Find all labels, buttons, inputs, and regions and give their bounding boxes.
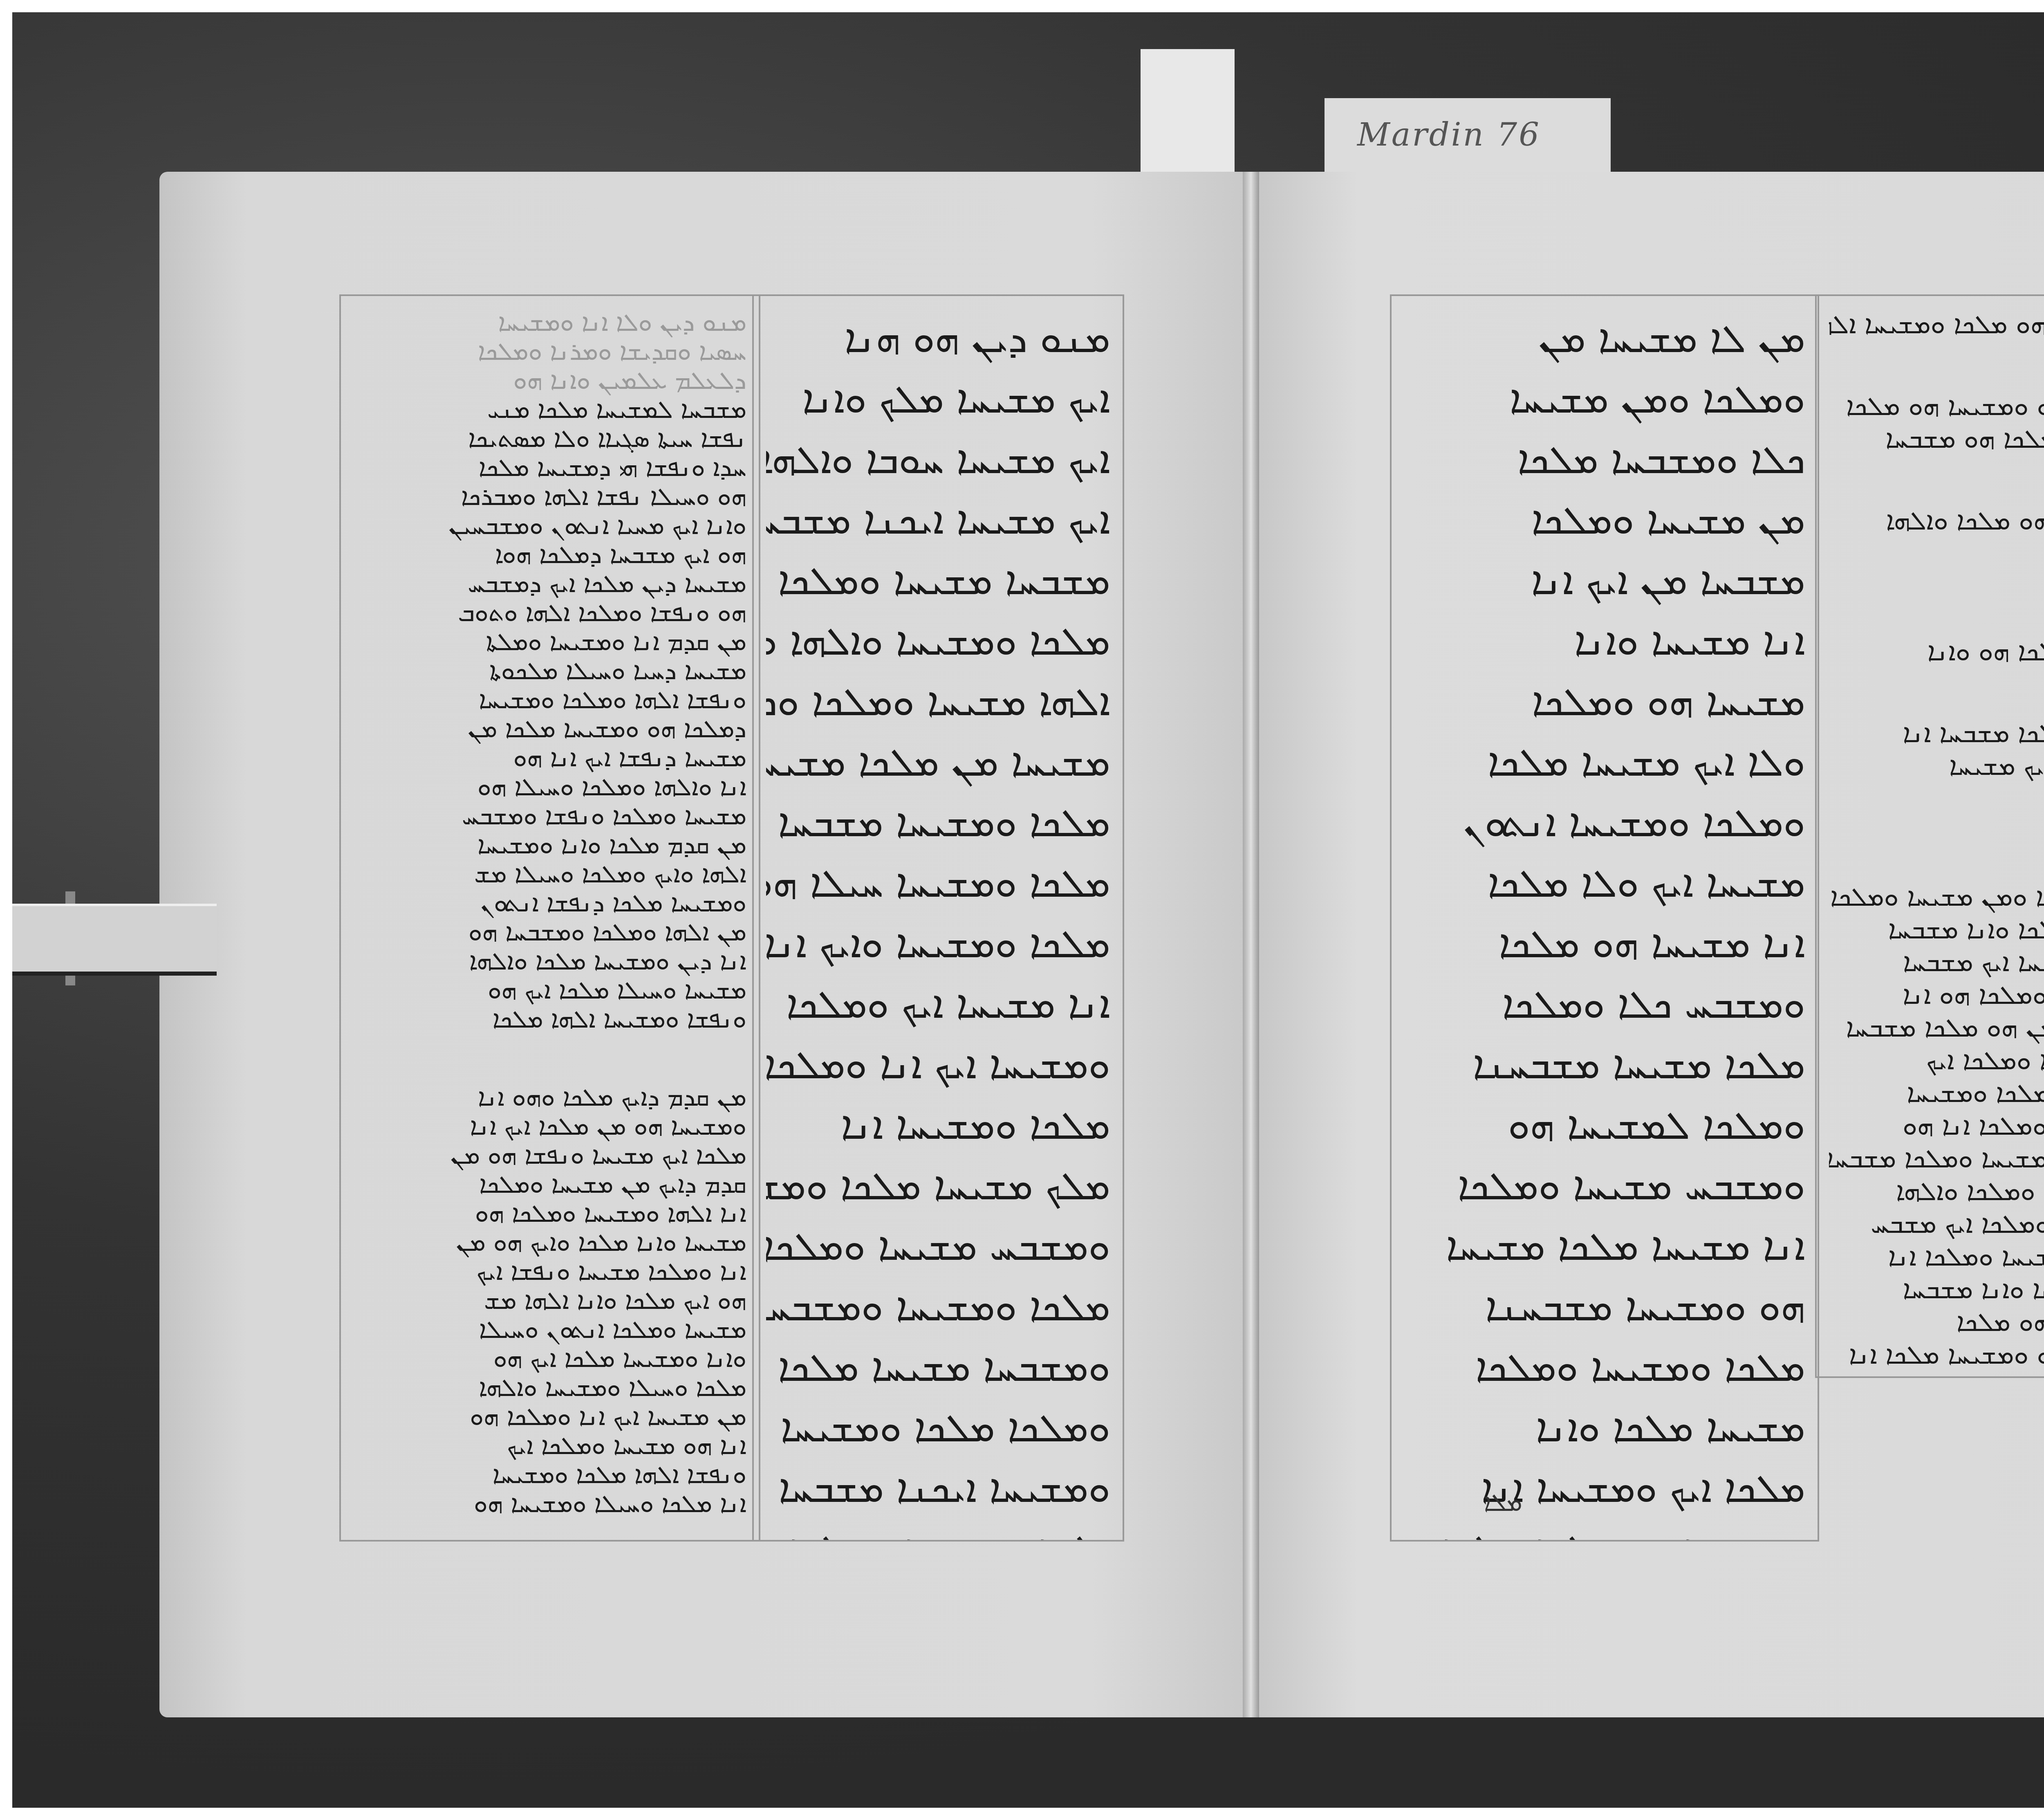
text-line: ܐܢܐ ܐܠܗܐ ܘܡܫܝܚܐ ܘܡܠܟܐ ܗܘ bbox=[353, 1199, 746, 1228]
text-line: ܗܘ ܐܝܟ ܡܠܟܐ ܘܐܢܐ ܐܠܗܐ ܡܫ bbox=[353, 1286, 746, 1315]
text-line: ܐܝܟ ܡܫܝܚܐ ܡܠܟ ܘܐܢܐ bbox=[766, 369, 1110, 429]
right-main-text: ܡܢ ܠܐ ܡܫܝܚܐ ܡܢܘܡܠܟܐ ܘܡܢ ܡܫܝܚܐܟܠܐ ܘܡܫܒܚܐ … bbox=[1392, 296, 1818, 1540]
spacer bbox=[1829, 832, 2044, 881]
text-line: ܡܫܝܚܐ ܕܝܢ ܡܠܟܐ ܐܝܟ ܕܡܫܒܚ bbox=[353, 570, 746, 599]
text-line: ܘܡܫܝܚܐ ܘܡܢ ܗܘ ܡܠܟܐ ܡܫܒܚܐ bbox=[1829, 1012, 2044, 1044]
text-line: ܡܢ ܩܕܡ ܐܢܐ ܘܡܫܝܚܐ ܘܡܠܬܐ bbox=[353, 628, 746, 657]
text-line: ܘܢܦܫܐ ܘܡܫܝܚܐ ܐܠܗܐ ܡܠܟܐ bbox=[353, 1005, 746, 1034]
right-margin-text: ܡܢ ܡܫܝܚܐ ܗܘ ܡܠܟܐ ܘܡܫܝܚܐ ܐܠܗܐܘܡܫܒܚܐ ܗܘ ܘܡ… bbox=[1817, 296, 2044, 1376]
text-line: ܡܫܒܚܐ ܡܫܝܚܐ ܘܡܠܟܐ ܘܡܫܒܚ bbox=[766, 550, 1110, 611]
text-line: ܐܢܐ ܡܫܝܚܐ ܗܘ ܡܠܟܐ ܘܐܠܗܐ bbox=[1829, 505, 2044, 537]
text-line: ܡܠܟܐ ܘܡܫܝܚܐ ܐܢܐ bbox=[766, 1095, 1110, 1156]
text-line: ܡܠܟܐ ܘܡܫܝܚܐ ܚܝܠܐ ܗܘ bbox=[766, 853, 1110, 913]
text-line: ܐܢܐ ܗܘ ܡܫܝܚܐ ܘܡܠܟܐ ܐܝܟ bbox=[353, 1432, 746, 1461]
text-line: ܡܫܝܚܐ ܘܡܠܟܐ ܘܐܢܐ ܡܫܒܚܐ bbox=[1829, 913, 2044, 946]
text-line: ܘܡܫܒܚܐ ܐܢܐ ܘܡܠܟܐ ܐܝܟ bbox=[1829, 1044, 2044, 1077]
text-line: ܗܘ ܘܡܫܝܚܐ ܡܫܒܚܢܐ bbox=[1404, 1277, 1805, 1337]
text-line: ܘܠܐ ܐܝܟ ܡܫܝܚܐ ܡܠܟܐ bbox=[1404, 732, 1805, 792]
left-main-column: ܡܢܘ ܕܝܢ ܗܘ ܗܢܐܐܝܟ ܡܫܝܚܐ ܡܠܟ ܘܐܢܐܐܝܟ ܡܫܝܚ… bbox=[752, 294, 1124, 1542]
text-line: ܘܢܦܫܐ ܐܠܗܐ ܘܡܠܟܐ ܘܡܫܝܚܐ bbox=[353, 686, 746, 715]
text-line: ܐܢܐ ܡܫܝܚܐ ܘܡܠܟܐ ܐܝܟ ܡܫܒܚ bbox=[1829, 1208, 2044, 1241]
text-line: ܡܠܟ ܡܫܝܚܐ ܡܠܟܐ ܘܡܫܝܚܐ bbox=[766, 1156, 1110, 1216]
text-line: ܘܡܫܝܚܐ ܐܝܟ ܡܠܟܐ ܡܠܟܐ bbox=[1404, 1519, 1805, 1540]
text-line: ܡܫܝܚܐ ܗܘ ܘܡܠܟܐ ܐܢܐ ܗܘ bbox=[1829, 1110, 2044, 1142]
text-line: ܡܫܝܚܐ ܡܢ ܡܠܟܐ ܡܫܝܚܐ bbox=[766, 732, 1110, 792]
text-line: ܡܠܟܐ ܘܡܫܝܚܐ ܘܡܫܒܚܢܐ bbox=[766, 1277, 1110, 1337]
spacer bbox=[353, 1034, 746, 1083]
text-line: ܘܡܫܒܚܐ ܗܘ ܘܡܫܝܚܐ ܗܘ ܡܠܟܐ bbox=[1829, 390, 2044, 423]
text-line: ܘܡܫܒܚ ܟܠܐ ܘܡܢ ܡܫܝܚܐ ܘܡܠܟܐ bbox=[1829, 881, 2044, 913]
catchword: ܡܠܐ bbox=[1484, 1488, 1522, 1517]
text-line: ܕܠܥܠܡ ܥܠܡܝܢ ܘܐܢܐ ܗܘ bbox=[353, 366, 746, 395]
text-line: ܐܢܐ ܡܫܝܚܐ ܡܠܟܐ ܡܫܝܚܐ bbox=[1404, 1216, 1805, 1277]
text-line: ܡܫܝܚܐ ܘܡܠܟܐ ܐܢܬܘܢ ܘܚܝܠܐ bbox=[353, 1315, 746, 1344]
shelfmark-text: Mardin 76 bbox=[1357, 117, 1541, 153]
spacer bbox=[1829, 668, 2044, 717]
text-line: ܡܠܟܐ ܘܠܐ ܐܝܟ ܡܫܝܚܐ bbox=[1829, 750, 2044, 783]
text-line: ܗܘ ܘܚܝܠܐ ܢܦܫܐ ܐܠܗܐ ܘܡܒܪܟܐ bbox=[353, 482, 746, 512]
left-main-text: ܡܢܘ ܕܝܢ ܗܘ ܗܢܐܐܝܟ ܡܫܝܚܐ ܡܠܟ ܘܐܢܐܐܝܟ ܡܫܝܚ… bbox=[754, 296, 1123, 1540]
right-margin-column: ܡܢ ܡܫܝܚܐ ܗܘ ܡܠܟܐ ܘܡܫܝܚܐ ܐܠܗܐܘܡܫܒܚܐ ܗܘ ܘܡ… bbox=[1815, 294, 2044, 1378]
text-line: ܗܘ ܐܝܟ ܡܫܒܚܐ ܕܡܠܟܐ ܗܘܐ bbox=[353, 541, 746, 570]
text-line: ܡܠܟܐ ܘܡܫܝܚܐ ܘܐܠܗܐ ܘܡܢ bbox=[766, 611, 1110, 671]
text-line: ܟܠܐ ܘܡܫܒܚܐ ܡܠܟܐ bbox=[1404, 429, 1805, 490]
text-line: ܐܢܐ ܡܫܝܚܐ ܗܘ ܡܠܟܐ bbox=[1404, 913, 1805, 974]
text-line: ܘܡܫܝܚܐ ܗܘ ܡܢ ܡܠܟܐ ܐܝܟ ܐܢܐ bbox=[353, 1112, 746, 1141]
text-line: ܘܡܠܟܐ ܠܡܫܝܚܐ ܗܘ bbox=[1404, 1095, 1805, 1156]
text-line: ܐܢܐ ܡܫܝܚܐ ܘܐܢܐ bbox=[1404, 611, 1805, 671]
text-line: ܕܡܠܟܐ ܗܘ ܘܡܫܝܚܐ ܡܠܟܐ ܡܢ bbox=[353, 715, 746, 744]
text-line: ܡܫܝܚܐ ܘܚܝܠܐ ܡܠܟܐ ܐܝܟ ܗܘ bbox=[353, 976, 746, 1005]
shelfmark-label: Mardin 76 bbox=[1325, 98, 1611, 184]
text-line: ܡܠܟܐ ܘܚܝܠܐ ܘܡܫܝܚܐ ܘܐܠܗܐ bbox=[353, 1373, 746, 1403]
text-line: ܐܢܐ ܕܝܢ ܘܡܫܝܚܐ ܡܠܟܐ ܘܐܠܗܐ bbox=[353, 947, 746, 976]
text-line: ܢܦܫܐ ܚܝܬܐ ܣܓܝܐܐ ܘܠܐ ܡܣܬܝܟܐ bbox=[353, 424, 746, 453]
text-line: ܘܐܢܐ ܡܫܝܚܐ ܘܡܠܟܐ ܘܐܠܗܐ bbox=[1829, 1175, 2044, 1208]
text-line: ܡܠܟܐ ܐܝܟ ܘܡܫܝܚܐ ܐܢܐ bbox=[1404, 1458, 1805, 1519]
text-line: ܡܫܝܚܐ ܘܡܠܟܐ ܘܢܦܫܐ ܘܡܫܒܚ bbox=[353, 802, 746, 831]
text-line: ܡܢܘ ܕܝܢ ܘܠܐ ܐܢܐ ܘܡܫܝܚܐ bbox=[353, 308, 746, 337]
text-line: ܘܢܦܫܐ ܐܠܗܐ ܡܠܟܐ ܘܡܫܝܚܐ bbox=[353, 1461, 746, 1490]
text-line: ܡܢܘ ܕܝܢ ܗܘ ܗܢܐ bbox=[766, 308, 1110, 369]
text-line: ܘܡܫܒܚ ܟܠܐ ܘܡܠܟܐ bbox=[1404, 974, 1805, 1035]
text-line: ܡܠܟܐ ܡܫܝܚܐ ܘܐܢܐ ܡܫܒܚܐ bbox=[1829, 1273, 2044, 1306]
left-margin-text: ܡܢܘ ܕܝܢ ܘܠܐ ܐܢܐ ܘܡܫܝܚܐܚܣܝܐ ܘܩܕܝܫܐ ܘܡܪܢܐ … bbox=[341, 296, 759, 1540]
right-main-column: ܡܢ ܠܐ ܡܫܝܚܐ ܡܢܘܡܠܟܐ ܘܡܢ ܡܫܝܚܐܟܠܐ ܘܡܫܒܚܐ … bbox=[1390, 294, 1819, 1542]
text-line: ܡܠܟܐ ܘܡܫܝܚܐ ܘܐܝܟ ܐܢܐ bbox=[766, 913, 1110, 974]
book-spine bbox=[1243, 172, 1259, 1717]
text-line: ܐܢܐ ܡܫܝܚܐ ܐܝܟ ܘܡܠܟܐ bbox=[766, 974, 1110, 1035]
text-line: ܡܢ ܐܠܗܐ ܘܡܠܟܐ ܘܡܫܒܚܐ ܗܘ bbox=[353, 918, 746, 947]
text-line: ܡܢ ܩܕܡ ܡܠܟܐ ܘܐܢܐ ܘܡܫܝܚܐ bbox=[353, 831, 746, 860]
text-line: ܘܡܫܒܚܐ ܗܘ ܘܡܫܝܚܐ ܡܠܟܐ ܐܢܐ bbox=[1829, 1339, 2044, 1371]
text-line: ܡܫܝܚܐ ܕܚܝܐ ܘܚܝܠܐ ܡܠܟܘܬܐ bbox=[353, 657, 746, 686]
text-line: ܐܝܟ ܡܫܝܚܐ ܚܘܒܐ ܘܐܠܗܐ bbox=[766, 429, 1110, 490]
text-line: ܘܡܫܒܚ ܡܫܝܚܐ ܘܡܠܟܐ bbox=[1404, 1156, 1805, 1216]
text-line: ܡܠܟܐ ܡܫܝܚܐ ܡܫܒܚܢܐ bbox=[1404, 1035, 1805, 1095]
text-line: ܡܫܒܚܐ ܡܢ ܐܝܟ ܐܢܐ bbox=[1404, 550, 1805, 611]
text-line: ܘܡܫܝܚܐ ܡܠܟܐ ܕܢܦܫܐ ܐܢܬܘܢ bbox=[353, 889, 746, 918]
text-line: ܐܢܐ ܘܡܠܟܐ ܡܫܝܚܐ ܘܢܦܫܐ ܐܝܟ bbox=[353, 1257, 746, 1286]
left-margin-column: ܡܢܘ ܕܝܢ ܘܠܐ ܐܢܐ ܘܡܫܝܚܐܚܣܝܐ ܘܩܕܝܫܐ ܘܡܪܢܐ … bbox=[339, 294, 760, 1542]
text-line: ܘܐܢܐ ܐܝܟ ܡܚܝܐ ܐܢܬܘܢ ܘܡܫܒܚܝܢ bbox=[353, 512, 746, 541]
text-line: ܗܘ ܡܫܝܚܐ ܘܡܠܟܐ ܗܘ ܐܢܐ bbox=[1829, 979, 2044, 1012]
text-line: ܡܫܝܚܐ ܘܐܢܐ ܡܠܟܐ ܘܐܝܟ ܗܘ ܡܢ bbox=[353, 1228, 746, 1257]
spacer bbox=[1829, 456, 2044, 505]
text-line: ܡܫܝܚܐ ܡܠܟܐ ܘܐܢܐ bbox=[1404, 1398, 1805, 1458]
text-line: ܐܢܐ ܘܐܠܗܐ ܘܡܠܟܐ ܘܚܝܠܐ ܗܘ bbox=[353, 773, 746, 802]
text-line: ܘܡܠܟܐ ܘܡܢ ܡܫܝܚܐ bbox=[1404, 369, 1805, 429]
text-line: ܡܫܒܚܐ ܠܡܫܝܚܐ ܡܠܟܐ ܡܢܝ bbox=[353, 395, 746, 424]
text-line: ܘܡܫܒܚܐ ܡܫܝܚܐ ܡܠܟܐ bbox=[766, 1337, 1110, 1398]
text-line: ܘܡܫܝܚܐ ܐܝܟ ܐܢܐ ܘܡܠܟܐ bbox=[766, 1035, 1110, 1095]
left-page-clip bbox=[12, 904, 217, 976]
text-line: ܡܠܟܐ ܐܝܟ ܡܫܝܚܐ ܘܢܦܫܐ ܗܘ ܡܢ bbox=[353, 1141, 746, 1170]
text-line: ܡܠܟܐ ܘܡܫܝܚܐ ܐܝܟ ܡܫܒܚܐ bbox=[1829, 946, 2044, 979]
text-line: ܘܡܠܟܐ ܡܠܟܐ ܘܡܫܝܚܐ bbox=[766, 1398, 1110, 1458]
text-line: ܘܡܫܝܚܐ ܐܝܟܢܐ ܡܫܒܚܐ bbox=[766, 1458, 1110, 1519]
spacer bbox=[1829, 537, 2044, 586]
text-line: ܡܫܝܚܐ ܕܢܦܫܐ ܐܝܟ ܐܢܐ ܗܘ bbox=[353, 744, 746, 773]
text-line: ܘܡܫܝܚܐ ܘܡܠܟܐ ܗܘ ܡܫܒܚܐ bbox=[1829, 423, 2044, 456]
text-line: ܘܡܠܟܐ ܘܡܫܝܚܐ ܐܢܬܘܢ bbox=[1404, 792, 1805, 853]
text-line: ܐܢܐ ܡܫܝܚܐ ܡܠܟܐ ܘܡܫܝܚܐ bbox=[1829, 1077, 2044, 1110]
text-line: ܡܢ ܡܫܝܚܐ ܐܝܟ ܐܢܐ ܘܡܠܟܐ ܗܘ bbox=[353, 1403, 746, 1432]
text-line: ܡܫܒܚܐ ܘܡܫܝܚܐ ܘܡܠܟܐ ܐܢܐ bbox=[1829, 1241, 2044, 1273]
spacer bbox=[1829, 341, 2044, 390]
text-line: ܐܢܐ ܡܠܟܐ ܘܡܫܝܚܐ ܡܢ ܡܫܒܚܐ bbox=[1829, 1371, 2044, 1376]
text-line: ܐܠܗܐ ܘܡܫܝܚܐ ܘܡܠܟܐ bbox=[766, 1519, 1110, 1540]
text-line: ܡܫܝܚܐ ܐܝܟ ܘܠܐ ܡܠܟܐ bbox=[1404, 853, 1805, 913]
text-line: ܚܣܝܐ ܘܩܕܝܫܐ ܘܡܪܢܐ ܘܡܠܟܐ bbox=[353, 337, 746, 366]
text-line: ܡܢ ܡܫܝܚܐ ܘܡܠܟܐ bbox=[1404, 490, 1805, 550]
spacer bbox=[1829, 586, 2044, 635]
text-line: ܐܠܗܐ ܘܐܝܟ ܘܡܠܟܐ ܘܚܝܠܐ ܡܫ bbox=[353, 860, 746, 889]
text-line: ܐܠܗܐ ܡܫܝܚܐ ܘܡܠܟܐ ܘܟܠ bbox=[766, 671, 1110, 732]
text-line: ܡܢ ܡܫܝܚܐ ܗܘ ܡܠܟܐ ܘܡܫܝܚܐ ܐܠܗܐ bbox=[1829, 308, 2044, 341]
text-line: ܡܠܟܐ ܘܡܫܝܚܐ ܡܫܒܚܐ bbox=[766, 792, 1110, 853]
text-line: ܡܫܝܚܐ ܐܢܐ ܗܘ ܡܠܟܐ bbox=[1829, 1306, 2044, 1339]
text-line: ܡܢ ܩܕܡ ܕܐܝܟ ܡܠܟܐ ܘܗܘ ܐܢܐ bbox=[353, 1083, 746, 1112]
text-line: ܚܕܐ ܘܢܦܫܐ ܗܝ ܕܡܫܝܚܐ ܡܠܟܐ bbox=[353, 453, 746, 482]
text-line: ܐܝܟ ܡܫܝܚܐ ܐܝܟܢܐ ܡܫܒܚܐ bbox=[766, 490, 1110, 550]
text-line: ܡܠܟܐ ܘܡܫܝܚܐ ܘܡܠܟܐ bbox=[1404, 1337, 1805, 1398]
text-line: ܡܫܒܚ ܗܘ ܡܫܝܚܐ ܘܡܠܟܐ ܡܫܒܚܐ bbox=[1829, 1142, 2044, 1175]
text-line: ܘܐܢܐ ܘܡܫܝܚܐ ܡܠܟܐ ܐܝܟ ܗܘ bbox=[353, 1344, 746, 1373]
text-line: ܘܡܫܒܚ ܡܫܝܚܐ ܘܡܠܟܐ ܘܐܢܐ bbox=[766, 1216, 1110, 1277]
spacer bbox=[1829, 783, 2044, 832]
text-line: ܡܫܝܚܐ ܗܘ ܘܡܠܟܐ bbox=[1404, 671, 1805, 732]
text-line: ܐܢܐ ܡܠܟܐ ܘܚܝܠܐ ܘܡܫܝܚܐ ܗܘ bbox=[353, 1490, 746, 1519]
text-line: ܗܘ ܘܢܦܫܐ ܘܡܠܟܐ ܐܠܗܐ ܘܬܘܒ bbox=[353, 599, 746, 628]
text-line: ܡܫܝܚܐ ܘܡܠܟܐ ܡܫܒܚܐ ܐܢܐ bbox=[1829, 717, 2044, 750]
text-line: ܡܢ ܠܐ ܡܫܝܚܐ ܡܢ bbox=[1404, 308, 1805, 369]
text-line: ܩܕܡ ܕܐܝܟ ܡܢ ܡܫܝܚܐ ܘܡܠܟܐ bbox=[353, 1170, 746, 1199]
text-line: ܡܫܝܚܐ ܘܡܠܟܐ ܗܘ ܘܐܢܐ bbox=[1829, 635, 2044, 668]
